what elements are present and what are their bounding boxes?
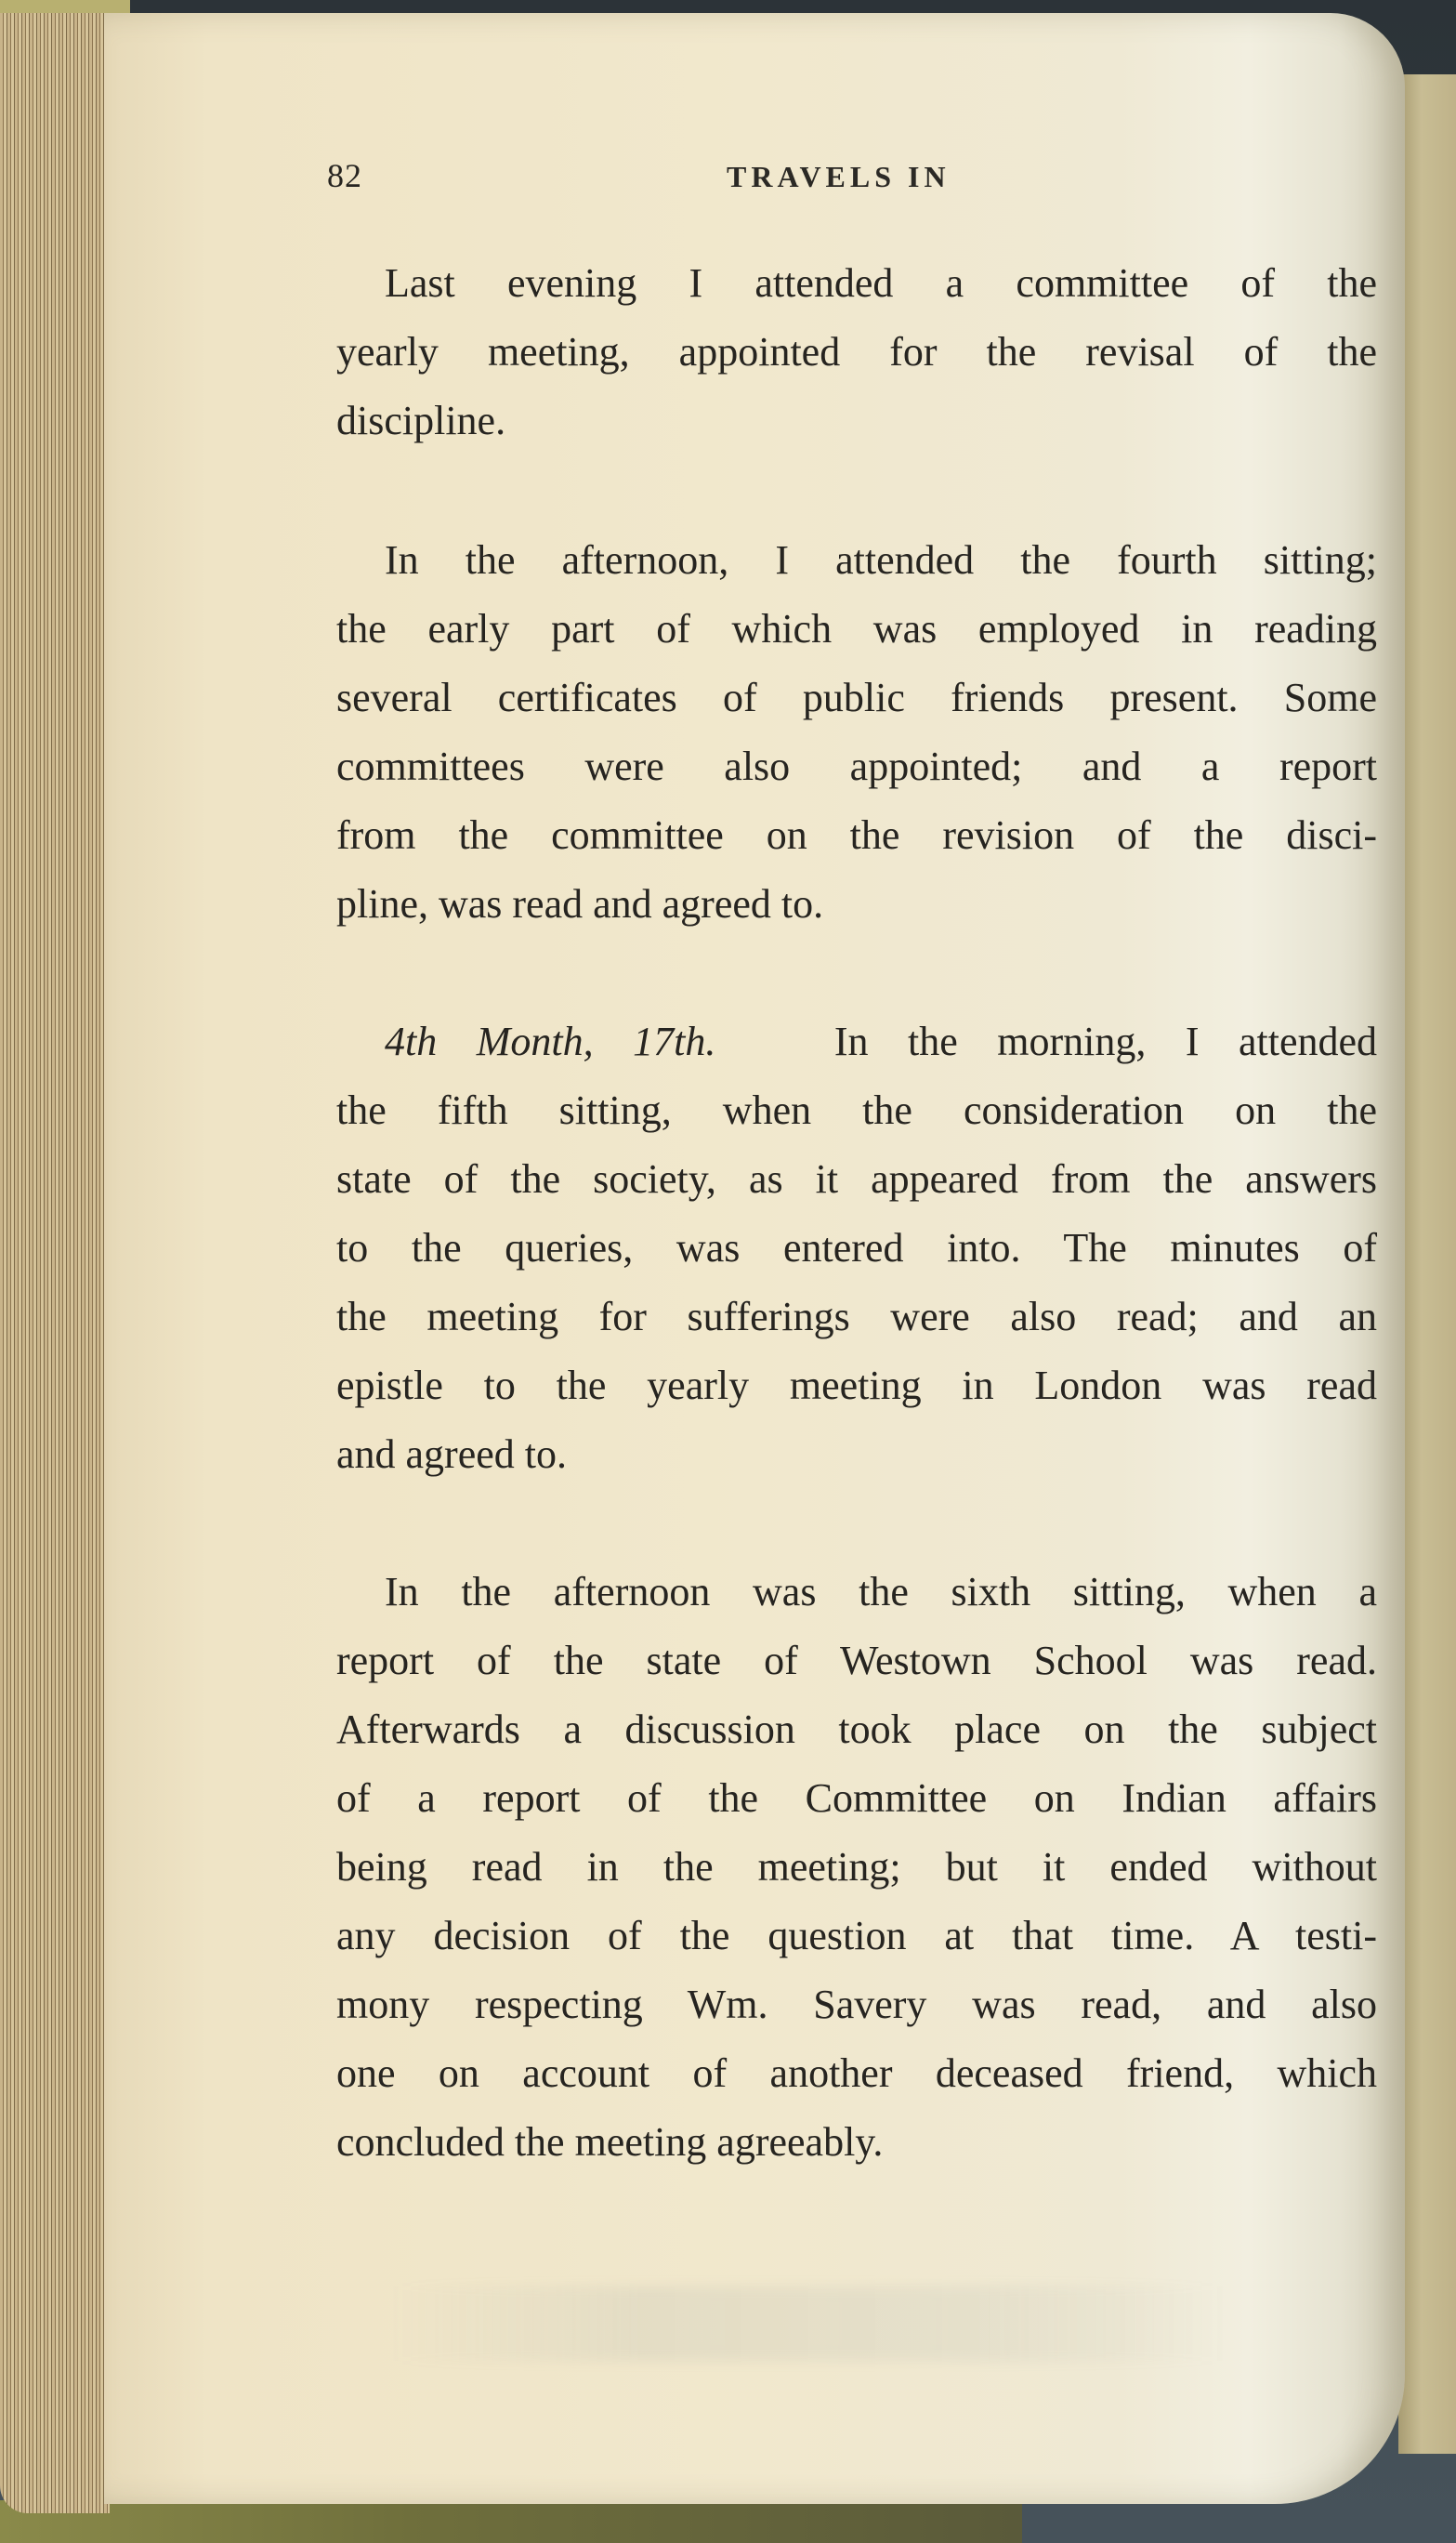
text-line: Afterwards a discussion took place on th… bbox=[336, 1695, 1377, 1764]
text-line: one on account of another deceased frien… bbox=[336, 2039, 1377, 2108]
text-line: epistle to the yearly meeting in London … bbox=[336, 1351, 1377, 1420]
running-head-title: TRAVELS IN bbox=[727, 160, 951, 194]
text-line: any decision of the question at that tim… bbox=[336, 1902, 1377, 1970]
page-number: 82 bbox=[327, 156, 362, 195]
text-line: Last evening I attended a committee of t… bbox=[336, 249, 1377, 318]
paragraph-fifth-sitting: 4th Month, 17th. In the morning, I atten… bbox=[336, 1008, 1377, 1489]
text-line: the fifth sitting, when the consideratio… bbox=[336, 1076, 1377, 1145]
text-line: being read in the meeting; but it ended … bbox=[336, 1833, 1377, 1902]
entry-date: 4th Month, 17th. bbox=[385, 1019, 715, 1064]
page-text-area: 82 TRAVELS IN Last evening I attended a … bbox=[0, 0, 1456, 2543]
running-head: 82 TRAVELS IN bbox=[327, 156, 1349, 203]
text-line: yearly meeting, appointed for the revisa… bbox=[336, 318, 1377, 387]
text-line: state of the society, as it appeared fro… bbox=[336, 1145, 1377, 1214]
text-line: to the queries, was entered into. The mi… bbox=[336, 1214, 1377, 1283]
text-line: mony respecting Wm. Savery was read, and… bbox=[336, 1970, 1377, 2039]
text-line: the meeting for sufferings were also rea… bbox=[336, 1283, 1377, 1351]
paragraph-fourth-sitting: In the afternoon, I attended the fourth … bbox=[336, 526, 1377, 939]
paragraph-sixth-sitting: In the afternoon was the sixth sitting, … bbox=[336, 1558, 1377, 2177]
text-line: of a report of the Committee on Indian a… bbox=[336, 1764, 1377, 1833]
text-line: In the afternoon was the sixth sitting, … bbox=[336, 1558, 1377, 1627]
text-line: In the afternoon, I attended the fourth … bbox=[336, 526, 1377, 595]
text-line: report of the state of Westown School wa… bbox=[336, 1627, 1377, 1695]
text-line: several certificates of public friends p… bbox=[336, 664, 1377, 732]
text-line: and agreed to. bbox=[336, 1420, 1377, 1489]
text-line: 4th Month, 17th. In the morning, I atten… bbox=[336, 1008, 1377, 1076]
text-line: from the committee on the revision of th… bbox=[336, 801, 1377, 870]
paragraph-committee: Last evening I attended a committee of t… bbox=[336, 249, 1377, 455]
text-line: concluded the meeting agreeably. bbox=[336, 2108, 1377, 2177]
text-line: pline, was read and agreed to. bbox=[336, 870, 1377, 939]
text-line: the early part of which was employed in … bbox=[336, 595, 1377, 664]
text-line: discipline. bbox=[336, 387, 1377, 455]
text-line-content: In the morning, I attended bbox=[834, 1019, 1377, 1064]
text-line: committees were also appointed; and a re… bbox=[336, 732, 1377, 801]
